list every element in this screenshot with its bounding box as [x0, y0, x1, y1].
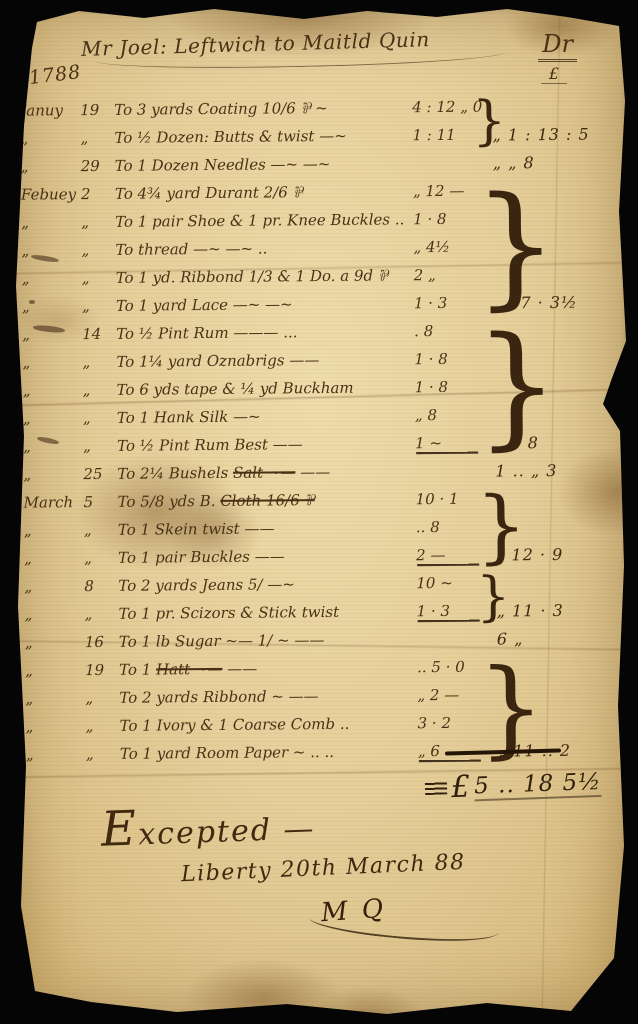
amount-cell: 1 · 8	[415, 378, 479, 397]
amount-cell: 2 „	[414, 266, 478, 285]
month-cell: „	[22, 353, 82, 372]
right-amount-cell: „ 11 · 3	[496, 600, 616, 620]
month-cell: „	[20, 129, 80, 148]
amount-cell: 10 · 1	[416, 490, 480, 509]
month-cell: Januy	[20, 101, 80, 120]
accepted-note: Excepted —	[100, 794, 316, 857]
right-amount-cell: „ 1 : 13 : 5	[492, 124, 612, 144]
month-cell: „	[25, 717, 85, 736]
desc-cell: To 5/8 yds B. Cloth 16/6 ⅌	[118, 489, 416, 512]
desc-cell: To ½ Dozen: Butts & twist —~	[114, 126, 412, 147]
month-cell: „	[24, 521, 84, 540]
desc-cell: To 1 yd. Ribbond 1/3 & 1 Do. a 9d ⅌	[116, 265, 414, 288]
month-cell: „	[22, 269, 82, 288]
right-amount-cell	[493, 189, 613, 190]
month-cell: „	[23, 409, 83, 428]
day-cell: „	[85, 717, 119, 735]
right-amount-cell	[497, 693, 617, 694]
right-amount-cell: 6 „	[497, 628, 617, 648]
right-amount-cell	[494, 273, 614, 274]
desc-cell: To 1 lb Sugar ~— 1/ ~ ——	[119, 630, 417, 651]
month-cell: „	[25, 605, 85, 624]
ledger: Januy19To 3 yards Coating 10/6 ⅌ ~4 : 12…	[20, 91, 630, 768]
right-amount-cell	[496, 581, 616, 582]
day-cell: „	[83, 409, 117, 427]
day-cell: „	[80, 129, 114, 147]
desc-cell: To 6 yds tape & ¼ yd Buckham	[117, 378, 415, 399]
amount-cell: 10 ~	[416, 574, 480, 593]
day-cell: „	[85, 605, 119, 623]
place-date: Liberty 20th March 88	[181, 850, 466, 887]
right-amount-cell	[494, 357, 614, 358]
day-cell: „	[83, 381, 117, 399]
month-cell: „	[25, 633, 85, 652]
month-cell: „	[25, 661, 85, 680]
month-cell: „	[21, 213, 81, 232]
desc-cell: To 1 Hank Silk —~	[117, 406, 415, 427]
right-amount-cell: „ 17 · 3½	[494, 292, 614, 312]
amount-cell: .. 5 · 0	[417, 658, 481, 677]
year-label: 1788	[28, 61, 83, 89]
right-amount-cell	[498, 721, 618, 722]
desc-cell: To 1 Hatt ~— ——	[119, 658, 417, 679]
amount-cell: „ 12 —	[413, 182, 477, 201]
desc-cell: To thread —~ —~ ..	[115, 238, 413, 259]
right-amount-cell: 1 .. „ 3	[495, 460, 615, 480]
amount-cell: .. 8	[416, 518, 480, 537]
ink-smudge	[29, 300, 35, 304]
day-cell: „	[83, 437, 117, 455]
month-cell: Febuey	[21, 185, 81, 204]
month-cell: „	[26, 745, 86, 764]
amount-cell	[413, 163, 477, 164]
month-cell: „	[23, 465, 83, 484]
day-cell: „	[85, 689, 119, 707]
right-amount-cell: „ 12 · 9	[496, 544, 616, 564]
desc-cell: To 2 yards Ribbond ~ ——	[119, 686, 417, 707]
right-amount-cell	[492, 105, 612, 106]
amount-cell: 1 · 3	[414, 294, 478, 313]
pound-symbol: £	[450, 770, 470, 806]
amount-cell: . 8	[414, 322, 478, 341]
day-cell: 2	[81, 185, 115, 203]
day-cell: „	[82, 353, 116, 371]
month-cell: „	[25, 689, 85, 708]
right-amount-cell	[497, 665, 617, 666]
right-amount-cell	[495, 385, 615, 386]
amount-cell: 1 · 8	[413, 210, 477, 229]
desc-cell: To 1 yard Lace —~ —~	[116, 294, 414, 315]
amount-cell: 1 · 3	[417, 602, 481, 621]
day-cell: „	[82, 269, 116, 287]
desc-cell: To 1 pair Shoe & 1 pr. Knee Buckles ..	[115, 210, 413, 231]
day-cell: „	[81, 213, 115, 231]
desc-cell: To 1 Skein twist ——	[118, 518, 416, 539]
day-cell: 8	[84, 577, 118, 595]
right-amount-cell	[494, 329, 614, 330]
month-cell: „	[23, 381, 83, 400]
month-cell: „	[21, 157, 81, 176]
day-cell: 19	[80, 101, 114, 119]
day-cell: 16	[85, 633, 119, 651]
signature-flourish	[308, 901, 500, 949]
currency-column-symbol: £	[541, 64, 567, 84]
day-cell: 25	[83, 465, 117, 483]
right-amount-cell: „ 5 8	[495, 432, 615, 452]
day-cell: 5	[84, 493, 118, 511]
desc-cell: To 1 Ivory & 1 Coarse Comb ..	[119, 714, 417, 735]
pound-strokes-mark	[424, 781, 446, 795]
amount-cell: „ 8	[415, 406, 479, 425]
desc-cell: To 1 pr. Scizors & Stick twist	[119, 602, 417, 623]
right-amount-cell	[496, 525, 616, 526]
day-cell: 29	[81, 157, 115, 175]
amount-cell: 2 —	[416, 546, 480, 565]
desc-cell: To 2 yards Jeans 5/ —~	[118, 574, 416, 595]
desc-cell: To 1 Dozen Needles —~ —~	[115, 154, 413, 175]
amount-cell: „ 2 —	[417, 686, 481, 705]
total-row: £ 5 .. 18 5½	[424, 765, 602, 806]
amount-cell: 1 · 8	[414, 350, 478, 369]
debit-mark: Dr	[538, 30, 577, 62]
desc-cell: To 1 pair Buckles ——	[118, 546, 416, 567]
day-cell: „	[82, 297, 116, 315]
amount-cell: 4 : 12 „ 0	[412, 98, 476, 117]
desc-cell: To 3 yards Coating 10/6 ⅌ ~	[114, 97, 412, 120]
desc-cell: To ½ Pint Rum ——— ...	[116, 322, 414, 343]
right-amount-cell	[493, 217, 613, 218]
total-amount: 5 .. 18 5½	[473, 768, 601, 800]
right-amount-cell: „ „ 8	[493, 152, 613, 172]
desc-cell: To ½ Pint Rum Best ——	[117, 434, 415, 455]
amount-cell	[417, 639, 481, 640]
ledger-paper: Mr Joel: Leftwich to Maitld Quin Dr £ 17…	[9, 6, 629, 1018]
amount-cell: „ 4½	[413, 238, 477, 257]
amount-cell: 1 : 11	[412, 126, 476, 145]
desc-cell: To 4¾ yard Durant 2/6 ⅌	[115, 181, 413, 204]
day-cell: „	[84, 521, 118, 539]
day-cell: 19	[85, 661, 119, 679]
day-cell: „	[81, 241, 115, 259]
right-amount-cell	[493, 245, 613, 246]
desc-cell: To 1 yard Room Paper ~ .. ..	[120, 742, 418, 763]
ledger-rows: Januy19To 3 yards Coating 10/6 ⅌ ~4 : 12…	[20, 91, 630, 768]
day-cell: 14	[82, 325, 116, 343]
month-cell: March	[24, 493, 84, 512]
right-amount-cell	[496, 497, 616, 498]
amount-cell	[415, 471, 479, 472]
month-cell: „	[24, 577, 84, 596]
desc-cell: To 1¼ yard Oznabrigs ——	[116, 350, 414, 371]
day-cell: „	[86, 745, 120, 763]
month-cell: „	[24, 549, 84, 568]
amount-cell: 1 ~	[415, 434, 479, 453]
amount-cell: 3 · 2	[417, 714, 481, 733]
right-amount-cell	[495, 413, 615, 414]
day-cell: „	[84, 549, 118, 567]
desc-cell: To 2¼ Bushels Salt ~— ——	[117, 462, 415, 483]
